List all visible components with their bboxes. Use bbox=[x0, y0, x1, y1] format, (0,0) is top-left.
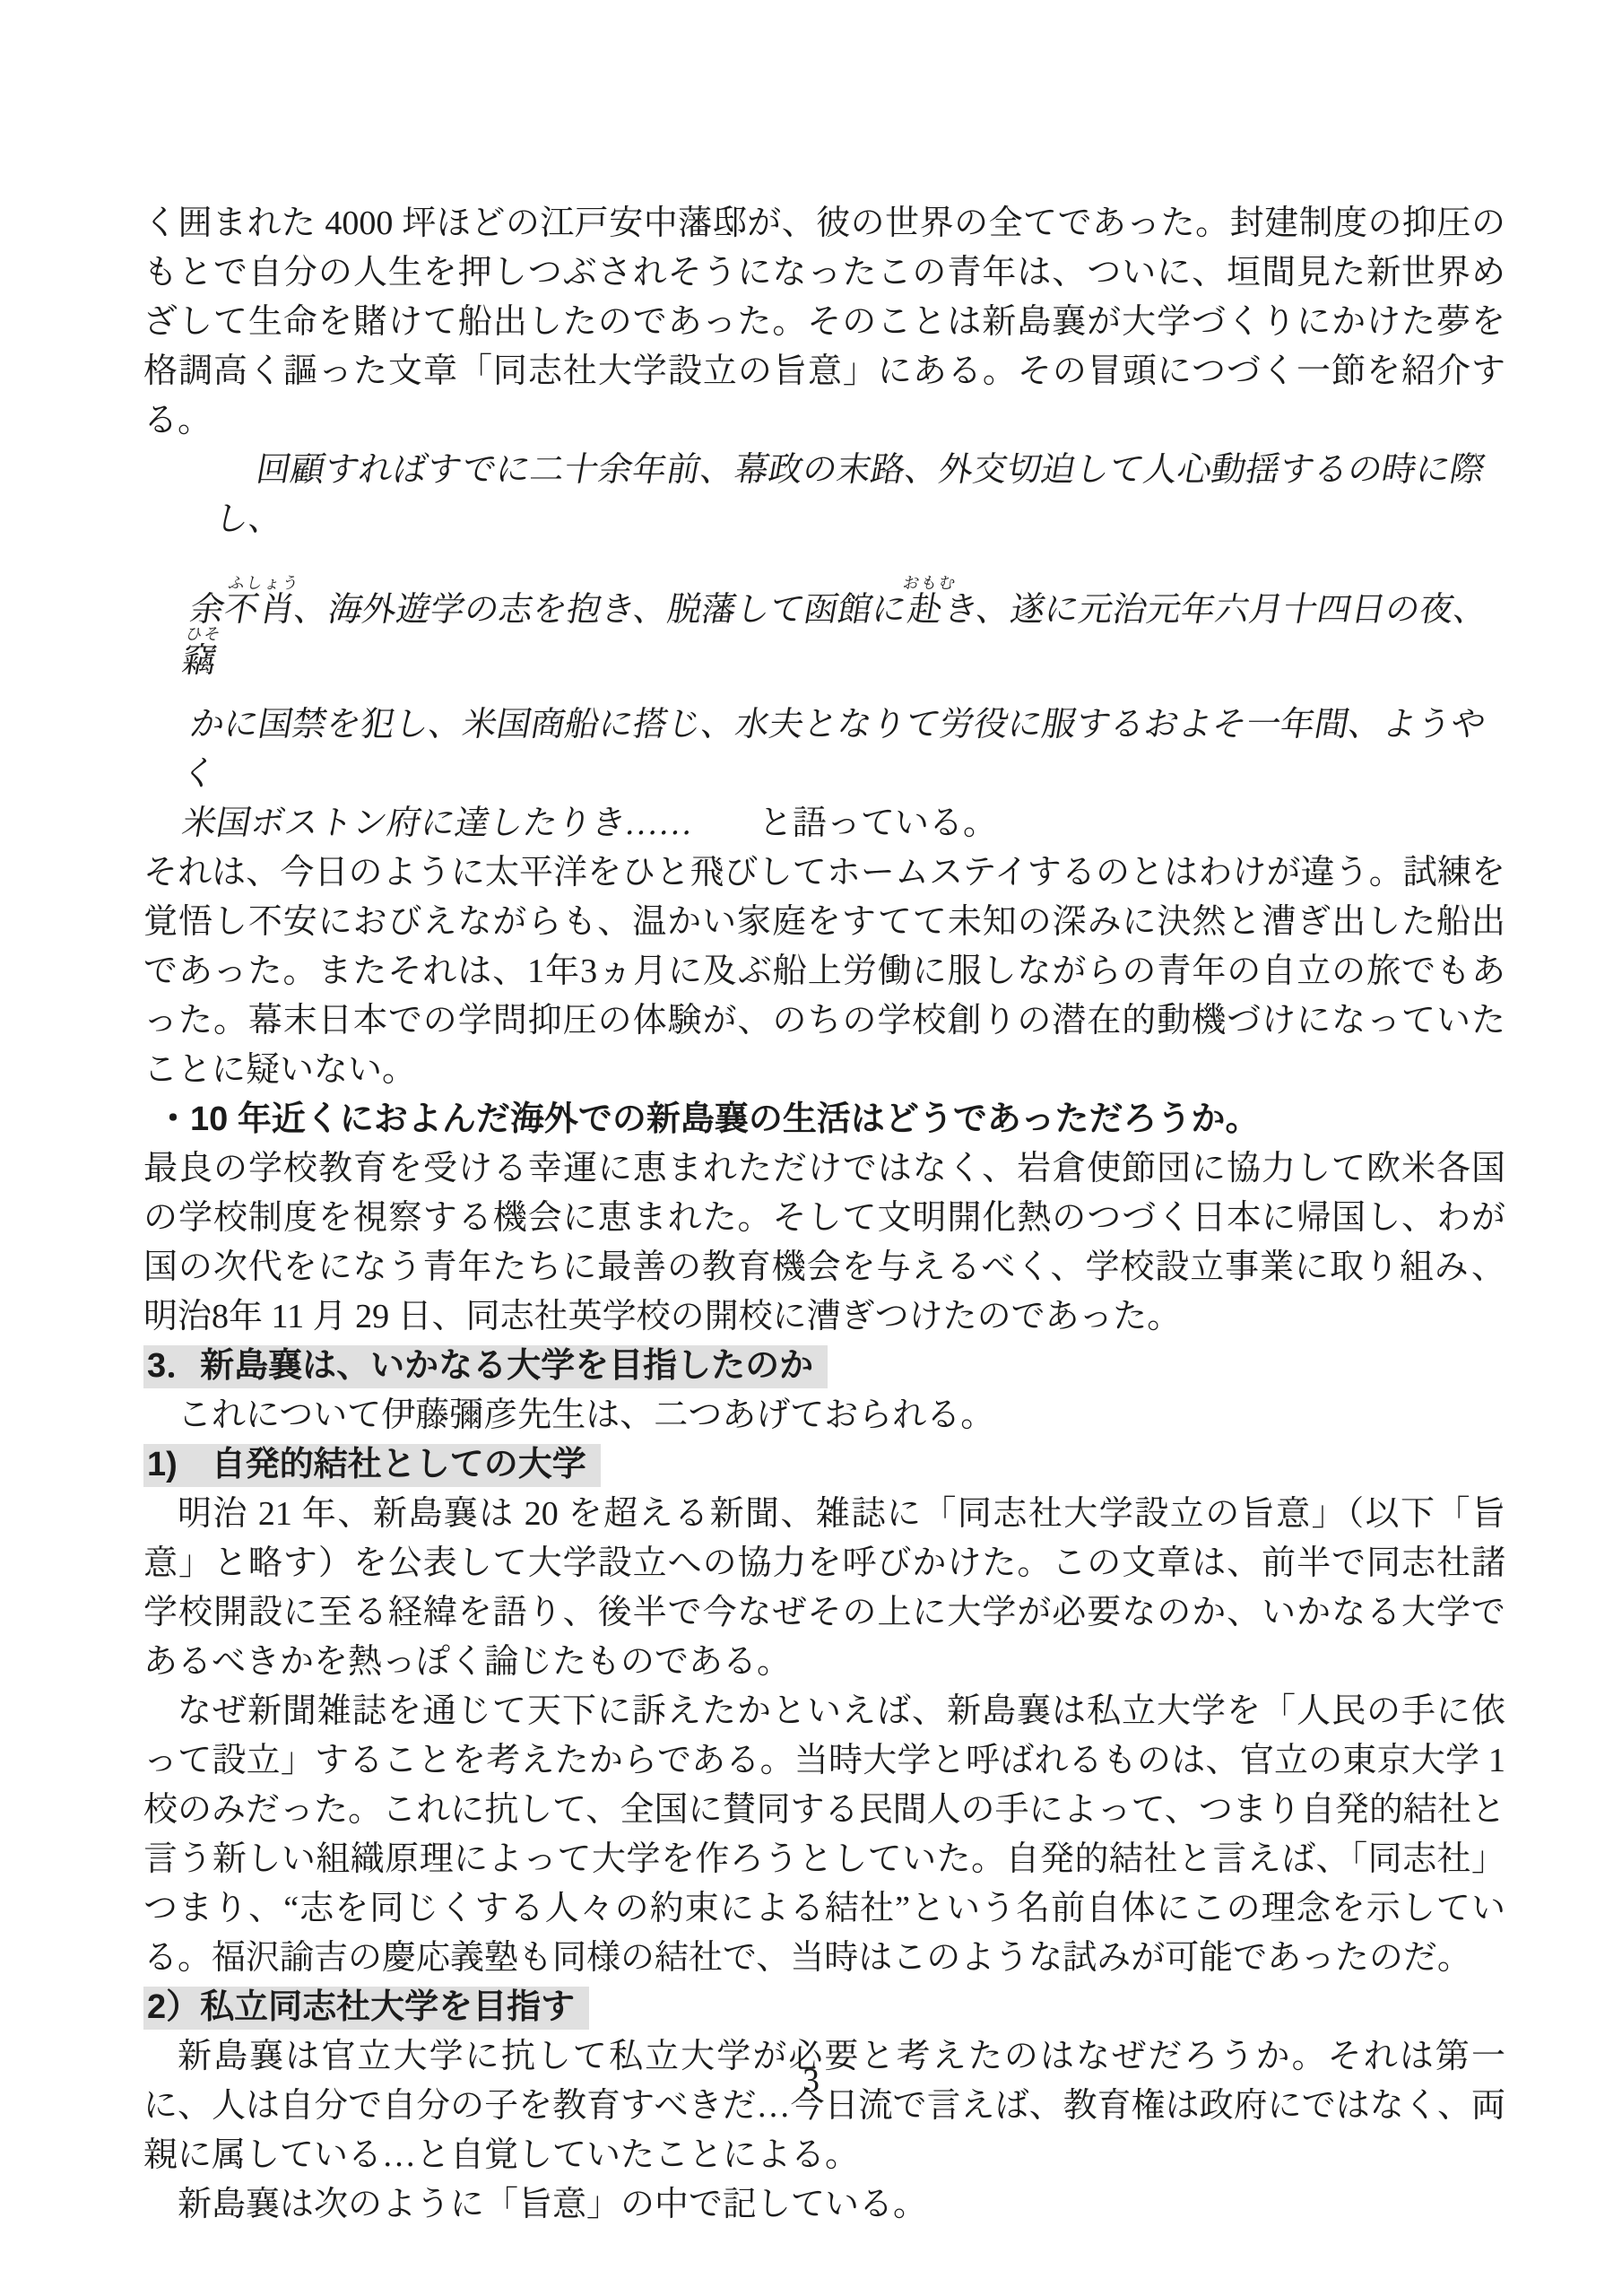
quote-line-3-text: かに国禁を犯し、米国商船に搭じ、水夫となりて労役に服するおよそ一年間、ようやく bbox=[178, 700, 1521, 799]
quote-line-4-text: 米国ボストン府に達したりき…… bbox=[178, 799, 698, 848]
section-heading-3-text: 3．新島襄は、いかなる大学を目指したのか bbox=[143, 1345, 828, 1388]
section-heading-3: 3．新島襄は、いかなる大学を目指したのか bbox=[143, 1342, 1505, 1391]
paragraph-shiritsu: 新島襄は官立大学に抗して私立大学が必要と考えたのはなぜだろうか。それは第一に、人… bbox=[143, 2032, 1505, 2180]
subheading-1-text: 1) 自発的結社としての大学 bbox=[143, 1444, 601, 1487]
paragraph-tsugi: 新島襄は次のように「旨意」の中で記している。 bbox=[143, 2180, 1505, 2230]
ruby-annotation: 不肖ふしょう bbox=[221, 591, 298, 629]
quote-line-1: 回顧すればすでに二十余年前、幕政の末路、外交切迫して人心動揺するの時に際し、 bbox=[179, 446, 1505, 544]
paragraph-naze: なぜ新聞雑誌を通じて天下に訴えたかといえば、新島襄は私立大学を「人民の手に依って… bbox=[143, 1687, 1505, 1983]
document-page: く囲まれた 4000 坪ほどの江戸安中藩邸が、彼の世界の全てであった。封建制度の… bbox=[0, 0, 1622, 2296]
paragraph-voyage: それは、今日のように太平洋をひと飛びしてホームステイするのとはわけが違う。試練を… bbox=[143, 848, 1505, 1095]
page-number: 3 bbox=[0, 2057, 1622, 2106]
bullet-question: ・10 年近くにおよんだ海外での新島襄の生活はどうであっただろうか。 bbox=[143, 1095, 1505, 1144]
paragraph-intro: く囲まれた 4000 坪ほどの江戸安中藩邸が、彼の世界の全てであった。封建制度の… bbox=[143, 199, 1505, 446]
subheading-2-text: 2）私立同志社大学を目指す bbox=[143, 1987, 589, 2030]
paragraph-ito: これについて伊藤彌彦先生は、二つあげておられる。 bbox=[143, 1391, 1505, 1440]
paragraph-education: 最良の学校教育を受ける幸運に恵まれただけではなく、岩倉使節団に協力して欧米各国の… bbox=[143, 1144, 1505, 1342]
quote-block: 回顧すればすでに二十余年前、幕政の末路、外交切迫して人心動揺するの時に際し、 余… bbox=[179, 446, 1505, 848]
quote-line-2: 余不肖ふしょう、海外遊学の志を抱き、脱藩して函館に赴おもむき、遂に元治元年六月十… bbox=[179, 574, 1505, 686]
subheading-1: 1) 自発的結社としての大学 bbox=[143, 1440, 1505, 1490]
quote-line-2-text: 余不肖ふしょう、海外遊学の志を抱き、脱藩して函館に赴おもむき、遂に元治元年六月十… bbox=[177, 574, 1522, 686]
quote-line-1-text: 回顧すればすでに二十余年前、幕政の末路、外交切迫して人心動揺するの時に際し、 bbox=[211, 446, 1554, 544]
subheading-2: 2）私立同志社大学を目指す bbox=[143, 1983, 1505, 2032]
ruby-annotation: 竊ひそ bbox=[178, 642, 221, 680]
ruby-annotation: 赴おもむ bbox=[903, 591, 947, 629]
quote-line-4: 米国ボストン府に達したりき……と語っている。 bbox=[179, 799, 1505, 848]
quote-attribution: と語っている。 bbox=[759, 804, 997, 842]
paragraph-meiji21: 明治 21 年、新島襄は 20 を超える新聞、雑誌に「同志社大学設立の旨意」（以… bbox=[143, 1490, 1505, 1687]
quote-line-3: かに国禁を犯し、米国商船に搭じ、水夫となりて労役に服するおよそ一年間、ようやく bbox=[179, 700, 1505, 799]
